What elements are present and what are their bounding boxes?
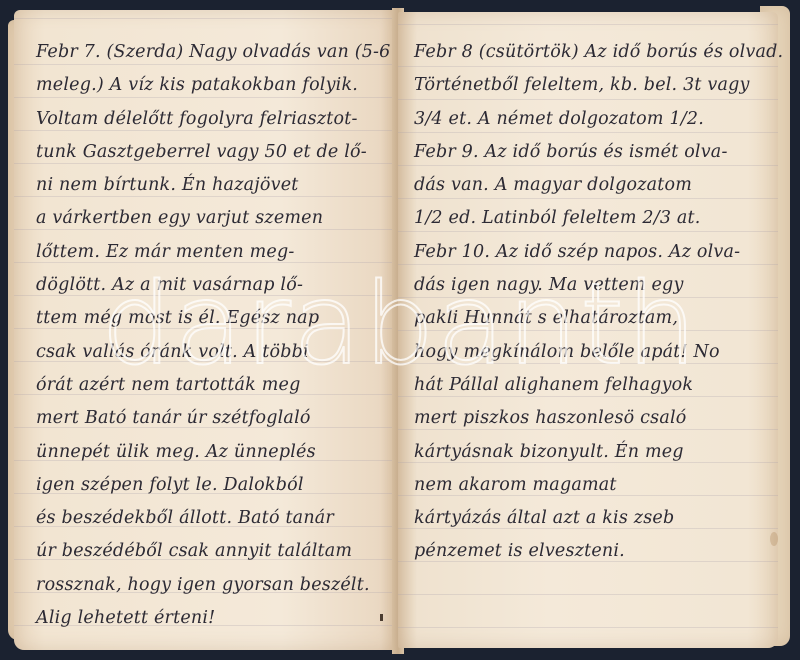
diary-line: 1/2 ed. Latinból feleltem 2/3 at. [414,202,783,235]
diary-line: órát azért nem tartották meg [36,369,425,402]
diary-line: ttem még most is él. Egész nap [36,302,425,335]
diary-line: Alig lehetett érteni! [36,602,425,635]
diary-line: a várkertben egy varjut szemen [36,202,425,235]
diary-line: mert piszkos haszonlesö csaló [414,402,783,435]
diary-line: dás igen nagy. Ma vettem egy [414,269,783,302]
diary-line: Febr 7. (Szerda) Nagy olvadás van (5-6 f… [36,36,425,69]
left-page-text: Febr 7. (Szerda) Nagy olvadás van (5-6 f… [36,36,425,635]
page-mark [380,614,383,621]
open-notebook: Febr 7. (Szerda) Nagy olvadás van (5-6 f… [0,0,800,660]
diary-line: hogy megkínálom belőle apát! No [414,336,783,369]
diary-line: ünnepét ülik meg. Az ünneplés [36,436,425,469]
diary-line: Febr 8 (csütörtök) Az idő borús és olvad… [414,36,783,69]
right-page: Febr 8 (csütörtök) Az idő borús és olvad… [398,12,778,648]
diary-line: nem akarom magamat [414,469,783,502]
diary-line: úr beszédéből csak annyit találtam [36,535,425,568]
diary-line: Voltam délelőtt fogolyra felriasztot- [36,103,425,136]
diary-line: Történetből feleltem, kb. bel. 3t vagy [414,69,783,102]
right-page-text: Febr 8 (csütörtök) Az idő borús és olvad… [414,36,783,569]
paper-stain [770,532,778,546]
diary-line: meleg.) A víz kis patakokban folyik. [36,69,425,102]
diary-line: döglött. Az a mit vasárnap lő- [36,269,425,302]
diary-line: lőttem. Ez már menten meg- [36,236,425,269]
diary-line: igen szépen folyt le. Dalokból [36,469,425,502]
diary-line: kártyázás által azt a kis zseb [414,502,783,535]
diary-line: kártyásnak bizonyult. Én meg [414,436,783,469]
diary-line: 3/4 et. A német dolgozatom 1/2. [414,103,783,136]
diary-line: tunk Gasztgeberrel vagy 50 et de lő- [36,136,425,169]
diary-line: pakli Hunnát s elhatároztam, [414,302,783,335]
left-page: Febr 7. (Szerda) Nagy olvadás van (5-6 f… [14,10,396,650]
diary-line: dás van. A magyar dolgozatom [414,169,783,202]
diary-line: Febr 9. Az idő borús és ismét olva- [414,136,783,169]
diary-line: rossznak, hogy igen gyorsan beszélt. [36,569,425,602]
diary-line: hát Pállal alighanem felhagyok [414,369,783,402]
diary-line: pénzemet is elveszteni. [414,535,783,568]
diary-line: Febr 10. Az idő szép napos. Az olva- [414,236,783,269]
diary-line: ni nem bírtunk. Én hazajövet [36,169,425,202]
diary-line: mert Bató tanár úr szétfoglaló [36,402,425,435]
diary-line: csak vallás óránk volt. A többi [36,336,425,369]
diary-line: és beszédekből állott. Bató tanár [36,502,425,535]
